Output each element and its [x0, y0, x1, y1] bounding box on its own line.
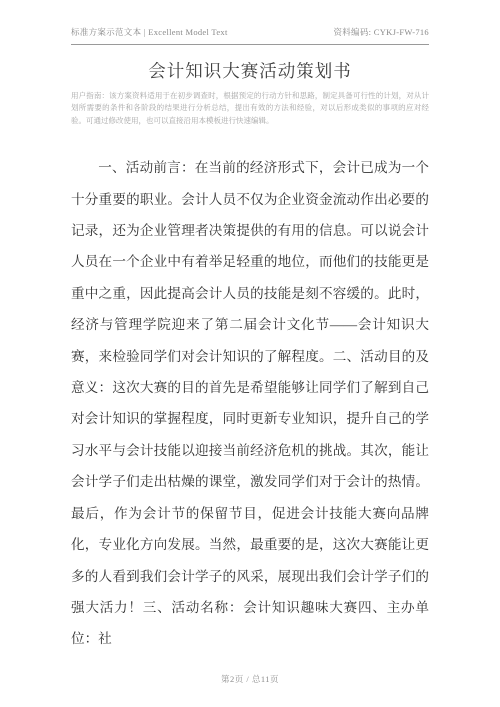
body-paragraph: 一、活动前言：在当前的经济形式下，会计已成为一个十分重要的职业。会计人员不仅为企…: [71, 152, 429, 655]
header-document-code: 资料编码: CYKJ-FW-716: [333, 26, 429, 38]
page-footer: 第2页 / 总11页: [0, 673, 500, 685]
page-header: 标准方案示范文本 | Excellent Model Text 资料编码: CY…: [71, 26, 429, 45]
document-title: 会计知识大赛活动策划书: [71, 58, 429, 83]
document-page: 标准方案示范文本 | Excellent Model Text 资料编码: CY…: [0, 0, 500, 707]
header-left-label: 标准方案示范文本 | Excellent Model Text: [71, 26, 228, 38]
page-number-indicator: 第2页 / 总11页: [221, 674, 279, 684]
usage-notice-paragraph: 用户指南：该方案资料适用于在初步调查时，根据预定的行动方针和思路，制定具备可行性…: [71, 90, 429, 127]
